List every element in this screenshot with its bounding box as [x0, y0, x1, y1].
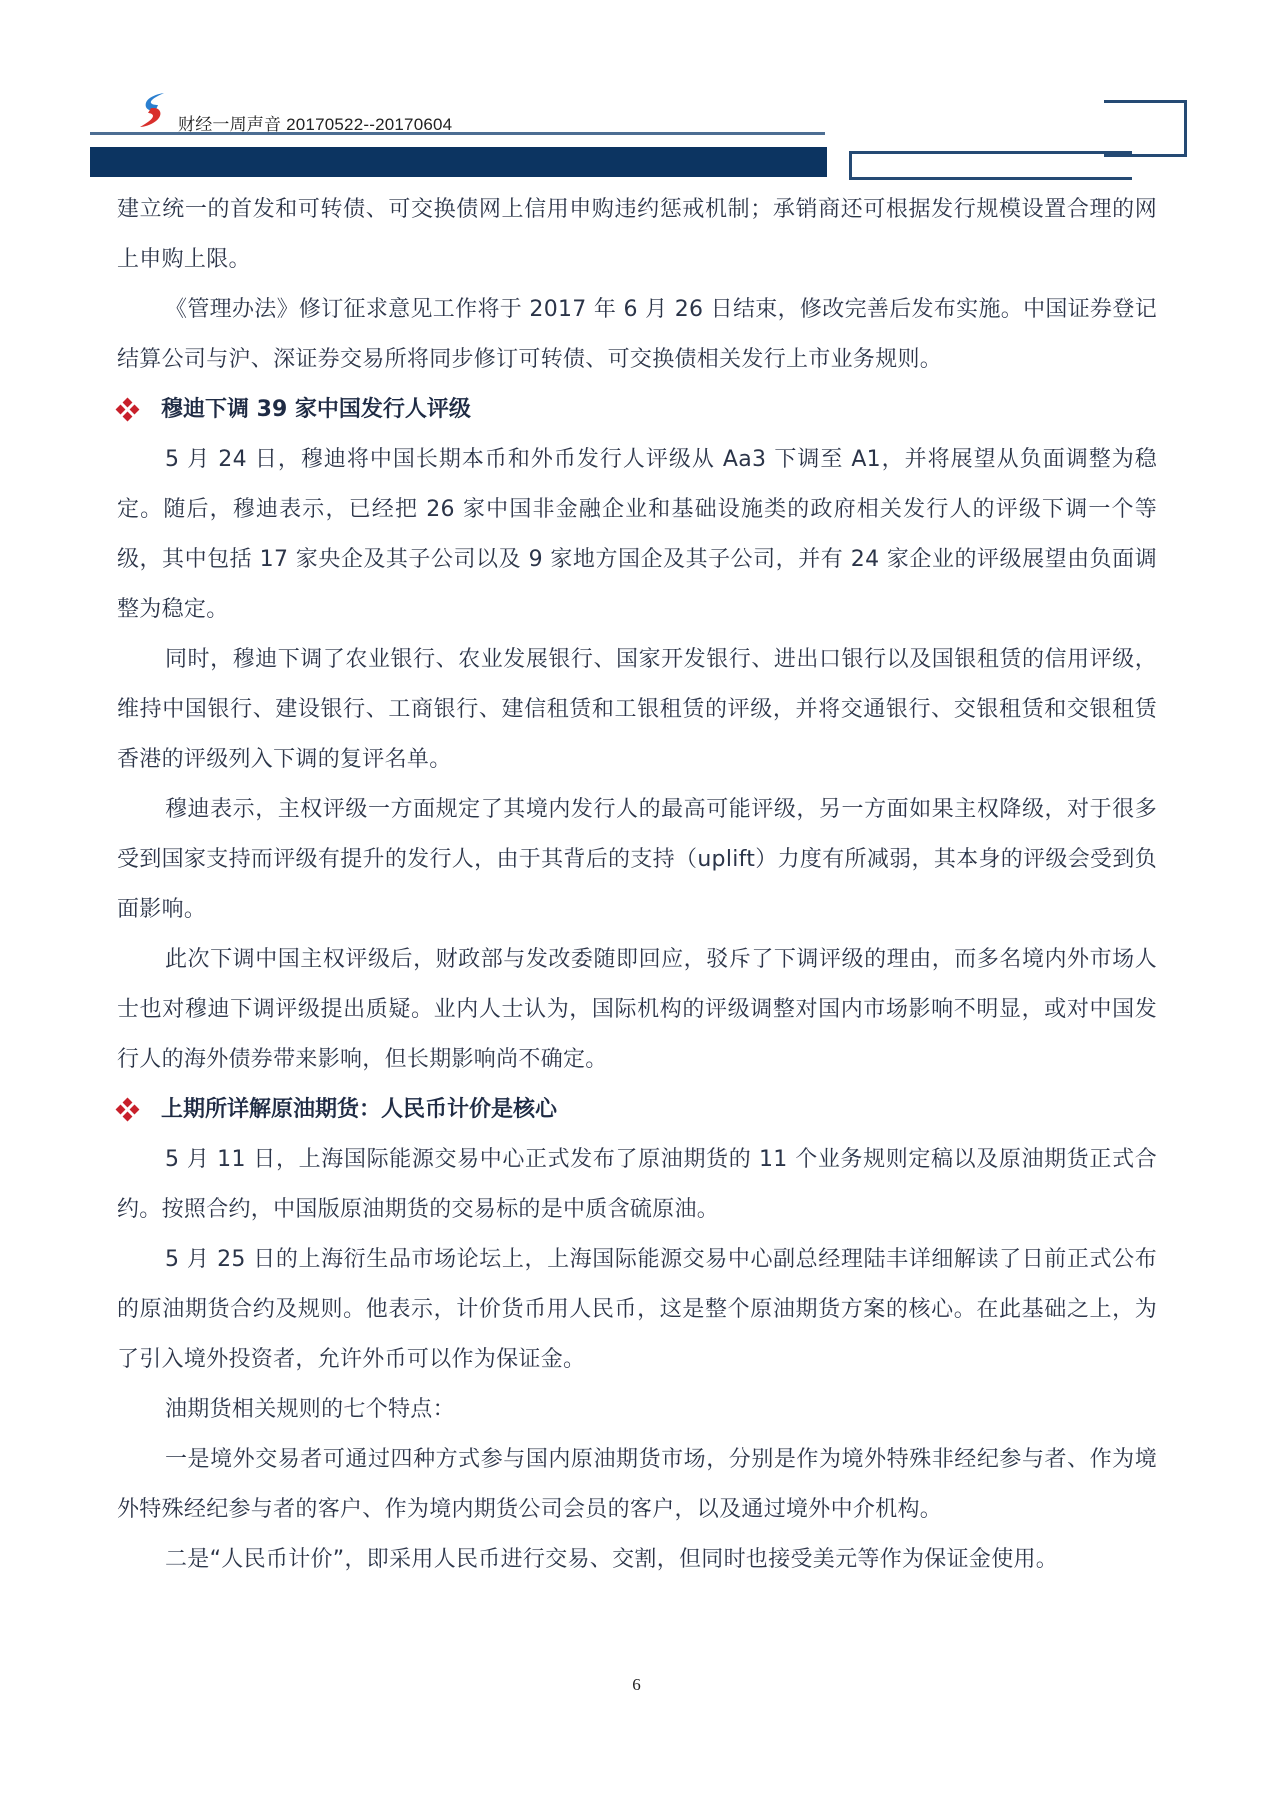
paragraph: 建立统一的首发和可转债、可交换债网上信用申购违约惩戒机制；承销商还可根据发行规模… — [117, 185, 1157, 285]
paragraph: 5 月 24 日，穆迪将中国长期本币和外币发行人评级从 Aa3 下调至 A1，并… — [117, 435, 1157, 635]
paragraph: 同时，穆迪下调了农业银行、农业发展银行、国家开发银行、进出口银行以及国银租赁的信… — [117, 635, 1157, 785]
paragraph: 5 月 11 日，上海国际能源交易中心正式发布了原油期货的 11 个业务规则定稿… — [117, 1135, 1157, 1235]
paragraph: 5 月 25 日的上海衍生品市场论坛上，上海国际能源交易中心副总经理陆丰详细解读… — [117, 1235, 1157, 1385]
page-number: 6 — [0, 1675, 1273, 1695]
paragraph: 穆迪表示，主权评级一方面规定了其境内发行人的最高可能评级，另一方面如果主权降级，… — [117, 785, 1157, 935]
red-diamond-bullet-icon — [117, 399, 139, 421]
red-diamond-bullet-icon — [117, 1099, 139, 1121]
paragraph: 此次下调中国主权评级后，财政部与发改委随即回应，驳斥了下调评级的理由，而多名境内… — [117, 935, 1157, 1085]
section-heading: 穆迪下调 39 家中国发行人评级 — [117, 385, 1157, 435]
header-rule — [90, 132, 825, 135]
paragraph: 油期货相关规则的七个特点： — [117, 1385, 1157, 1435]
page-header: 财经一周声音 20170522--20170604 — [0, 0, 1273, 190]
article-body: 建立统一的首发和可转债、可交换债网上信用申购违约惩戒机制；承销商还可根据发行规模… — [117, 185, 1157, 1585]
paragraph: 《管理办法》修订征求意见工作将于 2017 年 6 月 26 日结束，修改完善后… — [117, 285, 1157, 385]
header-frame-decoration-lower — [849, 151, 1132, 180]
section-title: 上期所详解原油期货：人民币计价是核心 — [161, 1085, 557, 1135]
paragraph: 二是“人民币计价”，即采用人民币进行交易、交割，但同时也接受美元等作为保证金使用… — [117, 1535, 1157, 1585]
paragraph: 一是境外交易者可通过四种方式参与国内原油期货市场，分别是作为境外特殊非经纪参与者… — [117, 1435, 1157, 1535]
s-swoosh-logo-icon — [138, 92, 168, 128]
header-frame-decoration — [1104, 100, 1187, 157]
section-heading: 上期所详解原油期货：人民币计价是核心 — [117, 1085, 1157, 1135]
section-title: 穆迪下调 39 家中国发行人评级 — [161, 385, 471, 435]
header-band — [90, 147, 827, 177]
